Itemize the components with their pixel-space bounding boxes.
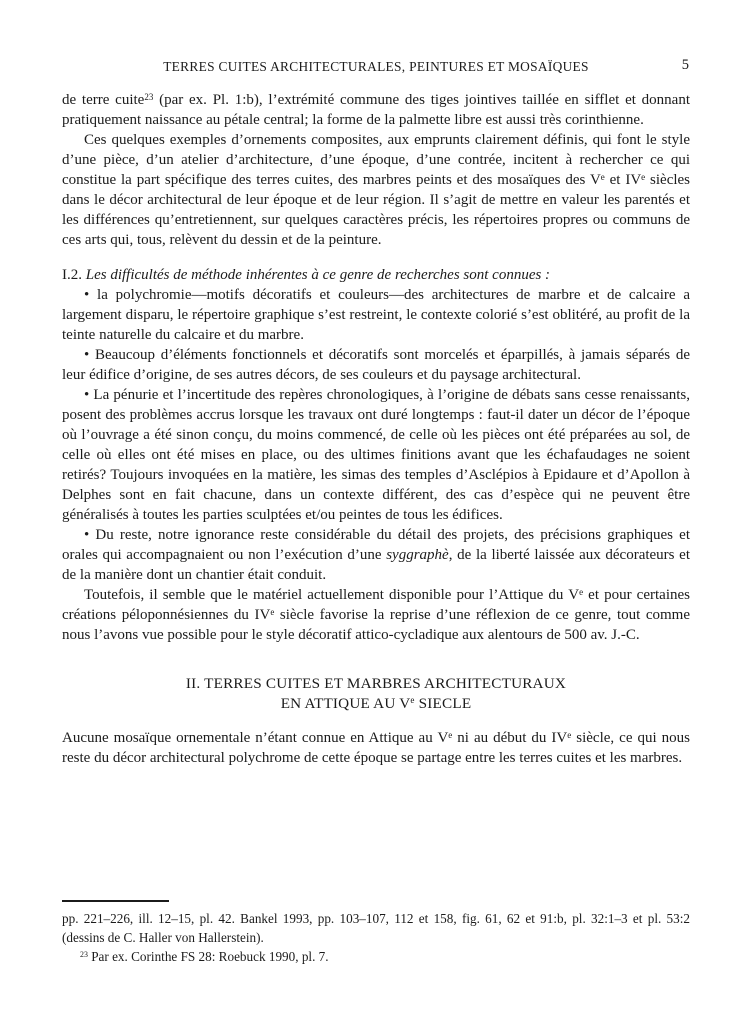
page-number: 5 bbox=[682, 57, 689, 74]
para-aucune-mosaique: Aucune mosaïque ornementale n’étant conn… bbox=[62, 728, 690, 768]
section-heading-line-2: EN ATTIQUE AU Ve SIECLE bbox=[62, 694, 690, 714]
running-head-title: TERRES CUITES ARCHITECTURALES, PEINTURES… bbox=[163, 59, 589, 74]
running-head: TERRES CUITES ARCHITECTURALES, PEINTURES… bbox=[62, 58, 690, 75]
footnote-23: 23 Par ex. Corinthe FS 28: Roebuck 1990,… bbox=[62, 947, 690, 966]
bullet-reperes-chronologiques: • La pénurie et l’incertitude des repère… bbox=[62, 385, 690, 525]
footnote-continuation: pp. 221–226, ill. 12–15, pl. 42. Bankel … bbox=[62, 909, 690, 947]
bullet-elements-disperses: • Beaucoup d’éléments fonctionnels et dé… bbox=[62, 345, 690, 385]
body-text: de terre cuite23 (par ex. Pl. 1:b), l’ex… bbox=[62, 90, 690, 768]
bullet-ignorance-projets: • Du reste, notre ignorance reste consid… bbox=[62, 525, 690, 585]
footnote-rule bbox=[62, 900, 169, 902]
section-heading-ii: II. TERRES CUITES ET MARBRES ARCHITECTUR… bbox=[62, 674, 690, 714]
para-terre-cuite: de terre cuite23 (par ex. Pl. 1:b), l’ex… bbox=[62, 90, 690, 130]
para-toutefois: Toutefois, il semble que le matériel act… bbox=[62, 585, 690, 645]
document-page: { "page": { "running_head": "TERRES CUIT… bbox=[0, 0, 751, 1024]
heading-i2: I.2. Les difficultés de méthode inhérent… bbox=[62, 265, 690, 285]
bullet-polychromie: • la polychromie—motifs décoratifs et co… bbox=[62, 285, 690, 345]
footnotes: pp. 221–226, ill. 12–15, pl. 42. Bankel … bbox=[62, 900, 690, 966]
page: TERRES CUITES ARCHITECTURALES, PEINTURES… bbox=[0, 0, 751, 1024]
para-ces-quelques: Ces quelques exemples d’ornements compos… bbox=[62, 130, 690, 250]
section-heading-line-1: II. TERRES CUITES ET MARBRES ARCHITECTUR… bbox=[62, 674, 690, 694]
